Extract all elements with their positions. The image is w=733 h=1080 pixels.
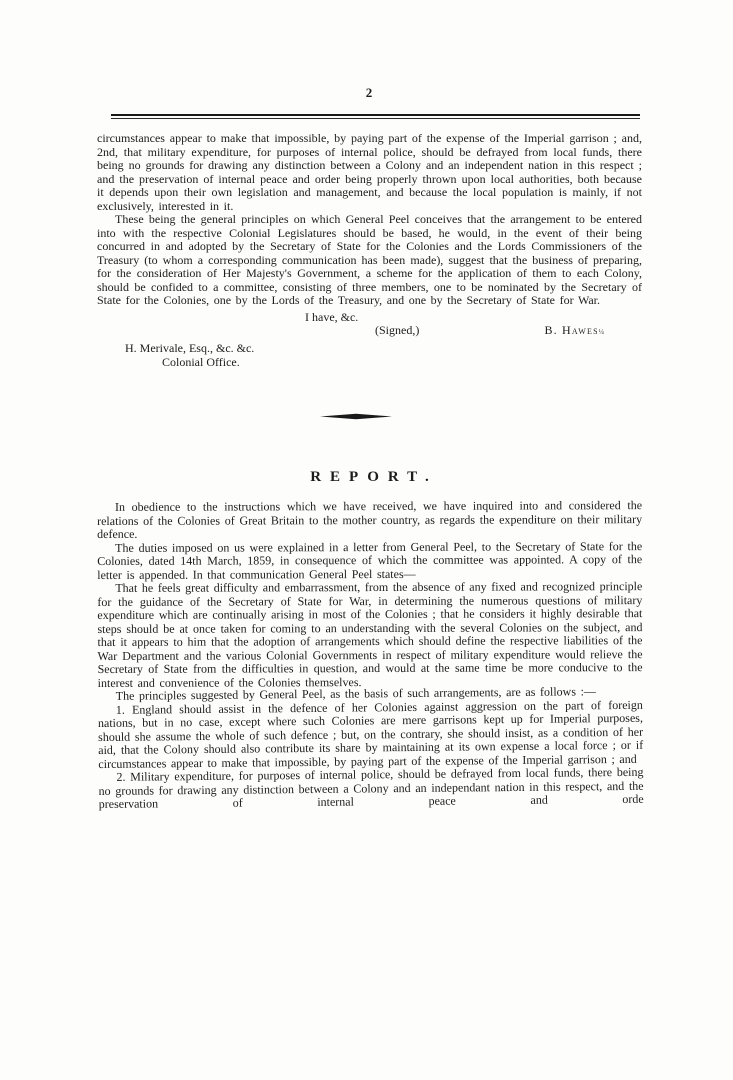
report-paragraph: The duties imposed on us were explained …	[97, 539, 642, 581]
signature: B. Hawes¼	[544, 324, 604, 340]
letter-section: circumstances appear to make that imposs…	[97, 132, 642, 308]
addressee-line-2: Colonial Office.	[162, 355, 642, 369]
letter-paragraph: circumstances appear to make that imposs…	[97, 132, 642, 213]
addressee-line-1: H. Merivale, Esq., &c. &c.	[125, 341, 642, 355]
letter-paragraph: These being the general principles on wh…	[97, 213, 642, 308]
report-lower-block: The principles suggested by General Peel…	[98, 684, 644, 811]
report-paragraph: 1. England should assist in the defence …	[98, 698, 644, 771]
signed-label: (Signed,)	[375, 324, 419, 338]
report-paragraph: 2. Military expenditure, for purposes of…	[98, 765, 643, 811]
report-paragraph: In obedience to the instructions which w…	[97, 499, 642, 541]
signature-ink-artifact: ¼	[599, 328, 604, 336]
page-number: 2	[97, 86, 642, 100]
text-column: 2 circumstances appear to make that impo…	[97, 0, 642, 811]
signature-name: B. Hawes	[544, 323, 598, 337]
swelled-rule-shape	[320, 413, 392, 420]
header-double-rule	[111, 114, 640, 119]
letter-closing: I have, &c.	[305, 311, 642, 325]
swelled-rule-divider	[320, 407, 392, 414]
report-paragraph: That he feels great difficulty and embar…	[97, 580, 642, 690]
report-section: In obedience to the instructions which w…	[97, 499, 643, 811]
report-heading: REPORT.	[97, 468, 642, 486]
scanned-document-page: 2 circumstances appear to make that impo…	[0, 0, 733, 1080]
signature-row: (Signed,) B. Hawes¼	[97, 324, 642, 340]
